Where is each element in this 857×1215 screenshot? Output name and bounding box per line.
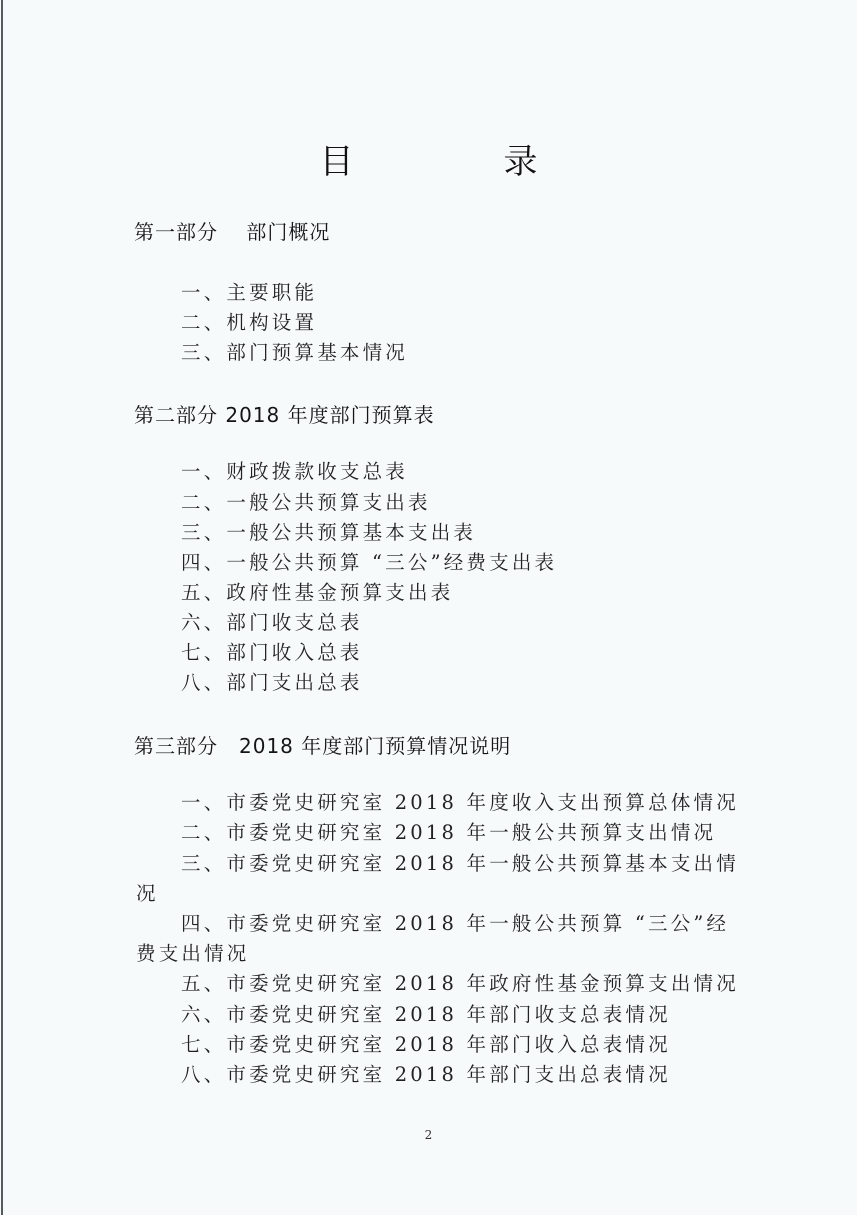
toc-item: 五、市委党史研究室 2018 年政府性基金预算支出情况	[181, 968, 739, 996]
page-title: 目 录	[0, 134, 857, 183]
toc-item: 三、一般公共预算基本支出表	[181, 517, 476, 545]
toc-item: 四、市委党史研究室 2018 年一般公共预算 “三公”经	[181, 908, 729, 936]
page-number: 2	[0, 1128, 857, 1142]
toc-item: 一、财政拨款收支总表	[181, 456, 408, 484]
toc-item: 七、市委党史研究室 2018 年部门收入总表情况	[181, 1029, 671, 1057]
toc-item: 三、市委党史研究室 2018 年一般公共预算基本支出情	[181, 848, 739, 876]
toc-item: 四、一般公共预算 “三公”经费支出表	[181, 547, 557, 575]
toc-item: 二、市委党史研究室 2018 年一般公共预算支出情况	[181, 817, 716, 845]
toc-item: 一、市委党史研究室 2018 年度收入支出预算总体情况	[181, 787, 739, 815]
toc-item: 一、主要职能	[181, 277, 317, 305]
part-2-heading: 第二部分 2018 年度部门预算表	[134, 399, 435, 428]
part-1-heading: 第一部分 部门概况	[134, 216, 330, 245]
document-page: 目 录 第一部分 部门概况 一、主要职能 二、机构设置 三、部门预算基本情况 第…	[0, 0, 857, 1215]
toc-item: 二、一般公共预算支出表	[181, 487, 431, 515]
toc-item: 八、部门支出总表	[181, 667, 363, 695]
toc-item-continuation: 况	[136, 878, 159, 906]
toc-item: 七、部门收入总表	[181, 637, 363, 665]
toc-item: 三、部门预算基本情况	[181, 337, 408, 365]
toc-item: 六、市委党史研究室 2018 年部门收支总表情况	[181, 999, 671, 1027]
toc-item: 二、机构设置	[181, 307, 317, 335]
toc-item: 八、市委党史研究室 2018 年部门支出总表情况	[181, 1059, 671, 1087]
toc-item-continuation: 费支出情况	[136, 938, 250, 966]
part-3-heading: 第三部分 2018 年度部门预算情况说明	[134, 730, 511, 759]
toc-item: 六、部门收支总表	[181, 607, 363, 635]
toc-item: 五、政府性基金预算支出表	[181, 577, 453, 605]
